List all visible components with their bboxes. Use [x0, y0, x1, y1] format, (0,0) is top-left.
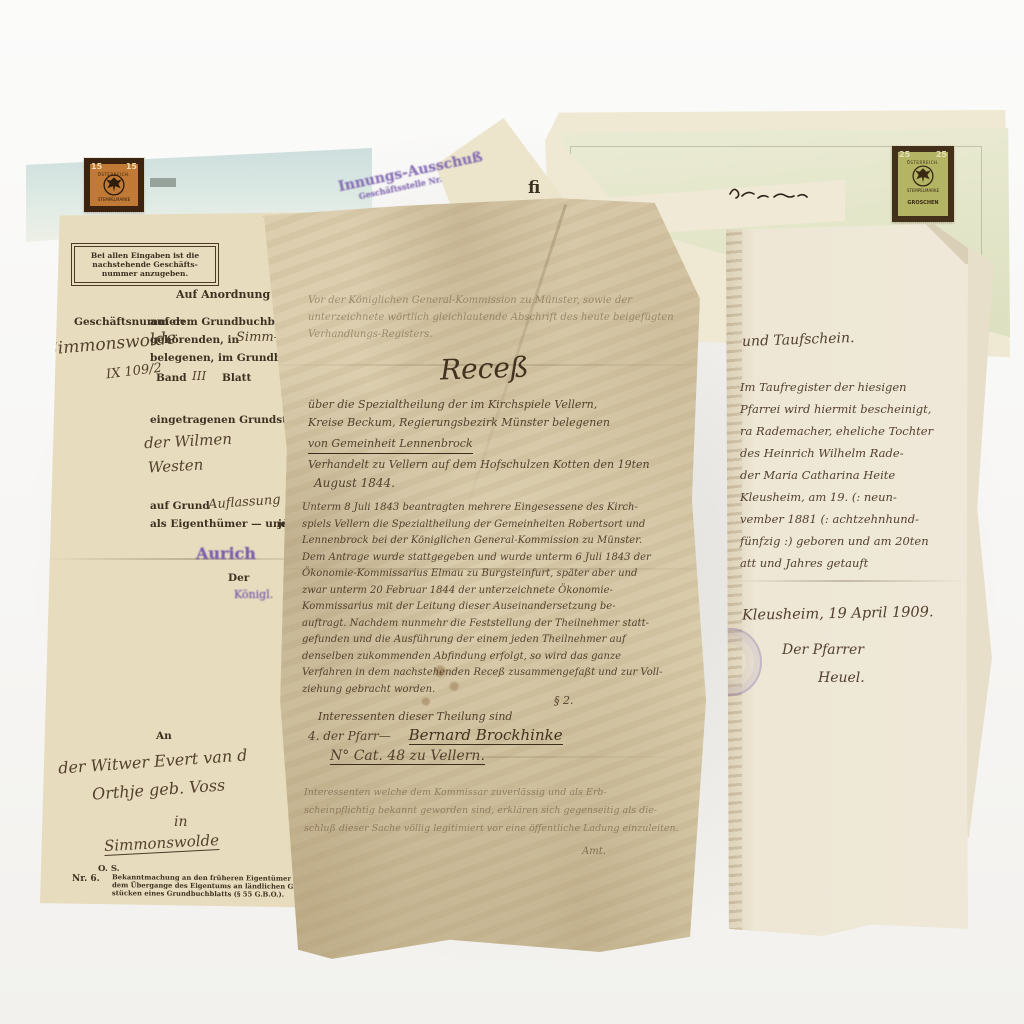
handwritten-line: Westen [148, 456, 204, 477]
section-number: § 2. [554, 694, 574, 707]
printed-line: gehörenden, in [150, 334, 239, 346]
handwritten-line: Verhandlungs-Registers. [308, 326, 698, 343]
handwritten-line: Im Taufregister der hiesigen [740, 376, 960, 398]
printed-line: An [156, 730, 172, 742]
handwritten-line: ziehung gebracht worden. [302, 682, 702, 699]
subtitle-block: über die Spezialtheilung der im Kirchspi… [308, 396, 708, 454]
catalog-number-line: N° Cat. 48 zu Vellern. [330, 748, 485, 765]
handwritten-line: Kreise Beckum, Regierungsbezirk Münster … [308, 414, 708, 432]
aurich-rubber-stamp: Aurich [196, 544, 256, 563]
handwritten-line: Kleusheim, am 19. (: neun- [740, 486, 960, 508]
handwritten-line: des Heinrich Wilhelm Rade- [740, 442, 960, 464]
printed-line: Der [228, 572, 249, 584]
stamp-denomination: 25 [936, 150, 947, 159]
orange-15-stamp: 15 15 ÖSTERREICH. STEMPELMARKE [84, 158, 144, 212]
handwritten-line: vember 1881 (: achtzehnhund- [740, 508, 960, 530]
fraktur-fragment: fi [528, 178, 540, 198]
koenigl-rubber-stamp: Königl. [234, 588, 273, 601]
handwritten-line: ra Rademacher, eheliche Tochter [740, 420, 960, 442]
stamp-denomination: 15 [126, 162, 137, 171]
photo-of-antique-documents: 25 25 ÖSTERREICH. STEMPELMARKE GROSCHEN … [0, 0, 1024, 1024]
printed-line: als Eigenthümer — und [150, 518, 288, 530]
notice-line: nachstehende Geschäfts- [77, 260, 213, 269]
signature-name: Heuel. [818, 670, 865, 686]
printed-line: Band [156, 372, 187, 384]
handwritten-line: Dem Antrage wurde stattgegeben und wurde… [302, 550, 702, 567]
main-paragraph: Unterm 8 Juli 1843 beantragten mehrere E… [302, 500, 702, 698]
green-25-groschen-stamp: 25 25 ÖSTERREICH. STEMPELMARKE GROSCHEN [892, 146, 954, 222]
center-document-recess: Vor der Königlichen General-Kommission z… [252, 196, 722, 962]
recess-title: Receß [439, 350, 529, 386]
handwritten-line: scheinpflichtig bekannt geworden sind, e… [304, 802, 704, 820]
footer-text: Bekanntmachung an den früheren Eigentüme… [112, 873, 297, 899]
stamp-denomination: 15 [91, 162, 102, 171]
handwritten-line: unterzeichnete wörtlich gleichlautende A… [308, 309, 698, 326]
handwritten-line: über die Spezialtheilung der im Kirchspi… [308, 396, 708, 414]
handwritten-line: fünfzig :) geboren und am 20ten [740, 530, 960, 552]
handwritten-line: auftragt. Nachdem nunmehr die Feststellu… [302, 616, 702, 633]
interessenten-entry: 4. der Pfarr— Bernard Brockhinke [308, 726, 563, 744]
gray-print-block [150, 178, 176, 187]
notice-line: nummer anzugeben. [77, 269, 213, 278]
handwritten-line: zwar unterm 20 Februar 1844 der unterzei… [302, 583, 702, 600]
handwritten-insert: Simm– [236, 330, 280, 345]
handwritten-line: att und Jahres getauft [740, 552, 960, 574]
stamp-unit-text: GROSCHEN [898, 200, 948, 206]
intro-block: Vor der Königlichen General-Kommission z… [308, 292, 698, 343]
handwritten-line: Verfahren in dem nachstehenden Receß zus… [302, 665, 702, 682]
handwritten-line: Ökonomie-Kommissarius Elmau zu Burgstein… [302, 566, 702, 583]
stamp-denomination: 25 [899, 150, 910, 159]
taufschein-heading: und Taufschein. [742, 330, 855, 350]
handwritten-line: gefunden und die Ausführung der einem je… [302, 632, 702, 649]
handwritten-line-underlined: von Gemeinheit Lennenbrock [308, 435, 473, 454]
signature-title: Der Pfarrer [782, 642, 864, 658]
printed-line: auf Grund [150, 500, 210, 512]
stamp-type-text: STEMPELMARKE [90, 197, 138, 202]
notice-line: Bei allen Eingaben ist die [77, 251, 213, 260]
handwritten-line: Kommissarius mit der Leitung dieser Ause… [302, 599, 702, 616]
handwritten-line: Lennenbrock bei der Königlichen General-… [302, 533, 702, 550]
stamp-type-text: STEMPELMARKE [898, 188, 948, 193]
verhandelt-line: Verhandelt zu Vellern auf dem Hofschulze… [308, 458, 650, 471]
handwritten-insert: Auflassung [208, 492, 281, 512]
handwritten-line: der Maria Catharina Heite [740, 464, 960, 486]
printed-line: Blatt [222, 372, 251, 384]
handwritten-insert: III [192, 369, 206, 383]
right-document-taufschein: und Taufschein. Im Taufregister der hies… [726, 224, 968, 936]
taufschein-body: Im Taufregister der hiesigen Pfarrei wir… [740, 376, 960, 574]
handwritten-address-line: Simmonswolde [104, 831, 220, 856]
handwritten-line: Unterm 8 Juli 1843 beantragten mehrere E… [302, 500, 702, 517]
handwritten-line: Pfarrei wird hiermit bescheinigt, [740, 398, 960, 420]
notice-box: Bei allen Eingaben ist die nachstehende … [74, 246, 216, 283]
script-fragment-squiggle [728, 184, 810, 208]
handwritten-line: der Wilmen [144, 430, 233, 453]
handwritten-address-line: Orthje geb. Voss [91, 775, 225, 803]
footer-line: stücken eines Grundbuchblatts (§ 55 G.B.… [112, 889, 297, 899]
handwritten-line: denselben zukommenden Abfindung erfolgt,… [302, 649, 702, 666]
footer-number: Nr. 6. [72, 874, 100, 884]
dateline: Kleusheim, 19 April 1909. [742, 604, 934, 623]
entry-name: Bernard Brockhinke [409, 726, 563, 745]
handwritten-address-line: der Witwer Evert van d [58, 745, 248, 777]
closing-paragraph: Interessenten welche dem Kommissar zuver… [304, 784, 704, 838]
handwritten-line: spiels Vellern die Spezialtheilung der G… [302, 517, 702, 534]
handwritten-line: Interessenten welche dem Kommissar zuver… [304, 784, 704, 802]
fold-crease [726, 580, 968, 582]
verhandelt-date: August 1844. [314, 476, 395, 490]
interessenten-line: Interessenten dieser Theilung sind [318, 710, 512, 723]
handwritten-line: Vor der Königlichen General-Kommission z… [308, 292, 698, 309]
signature-fragment: Amt. [582, 846, 606, 857]
handwritten-line: schluß dieser Sache völlig legitimiert v… [304, 820, 704, 838]
entry-prefix: 4. der Pfarr— [308, 729, 391, 743]
handwritten-address-line: in [174, 814, 188, 830]
